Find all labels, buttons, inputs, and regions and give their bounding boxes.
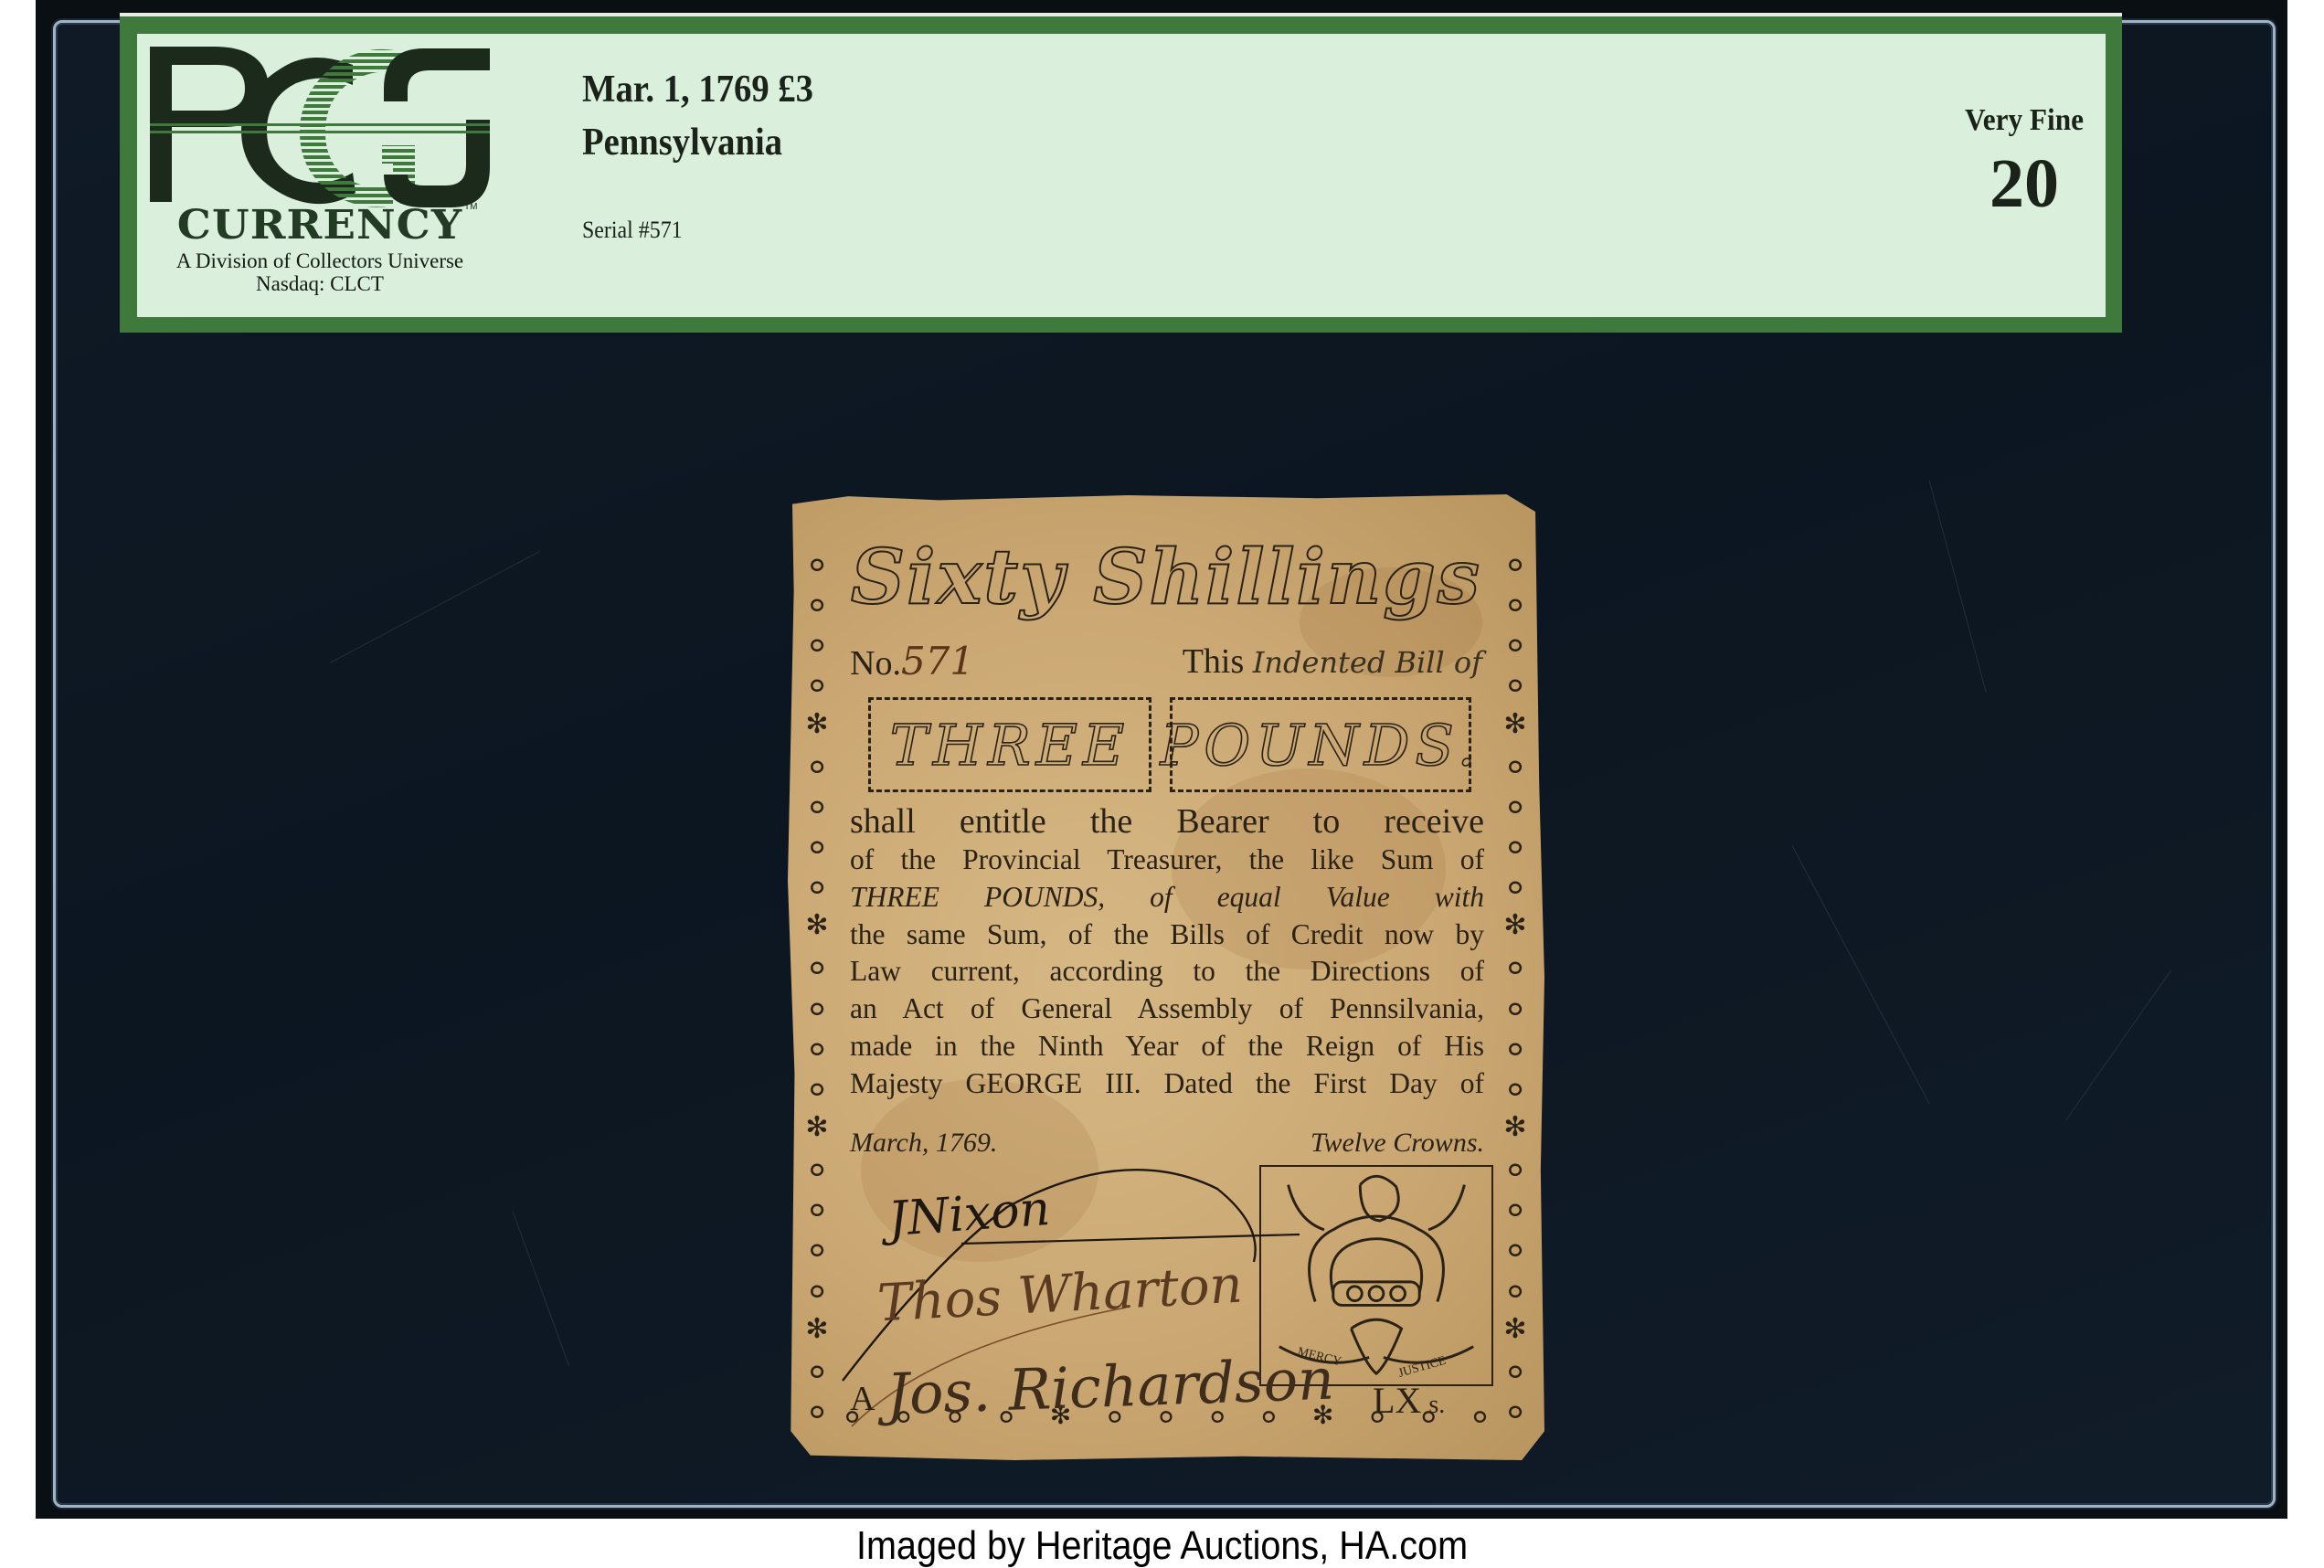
scroll-ornament-icon: ๐ — [809, 1234, 825, 1262]
scroll-ornament-icon: ๐ — [1507, 549, 1523, 577]
denomination-suffix: s. — [1428, 1391, 1445, 1419]
scroll-ornament-icon: ✻ — [805, 711, 828, 738]
scroll-ornament-icon: ✻ — [805, 912, 828, 939]
scroll-ornament-icon: ๐ — [809, 952, 825, 980]
body-line: an Act of General Assembly of Pennsilvan… — [850, 991, 1484, 1028]
serial-number: Serial #571 — [582, 218, 683, 242]
scroll-ornament-icon: ๐ — [1507, 589, 1523, 617]
scroll-ornament-icon: ๐ — [1507, 1234, 1523, 1262]
scroll-ornament-icon: ๐ — [809, 1194, 825, 1222]
scroll-ornament-icon: ๐ — [809, 1074, 825, 1101]
scroll-ornament-icon: ๐ — [1507, 751, 1523, 779]
scroll-ornament-icon: ๐ — [809, 1154, 825, 1181]
scroll-ornament-icon: ✻ — [805, 1114, 828, 1141]
scroll-ornament-icon: ๐ — [1507, 670, 1523, 697]
brand-division-text: A Division of Collectors Universe — [137, 250, 503, 271]
number-label: No. — [850, 644, 901, 683]
scroll-ornament-icon: ๐ — [809, 832, 825, 859]
right-ornament-border: ๐๐๐๐✻๐๐๐๐✻๐๐๐๐✻๐๐๐๐✻๐๐ — [1499, 549, 1532, 1424]
pcgs-logo-icon: TM — [150, 47, 490, 211]
body-line: shall entitle the Bearer to receive — [850, 801, 1484, 842]
handwritten-serial: 571 — [901, 639, 974, 683]
scroll-ornament-icon: ๐ — [809, 872, 825, 899]
brand-currency-text: CURRENCY — [140, 206, 500, 246]
scroll-ornament-icon: ๐ — [809, 1033, 825, 1061]
date-line: March, 1769. Twelve Crowns. — [850, 1128, 1484, 1159]
note-body-text: shall entitle the Bearer to receive of t… — [850, 801, 1484, 1103]
body-line: Majesty GEORGE III. Dated the First Day … — [850, 1065, 1484, 1103]
scroll-ornament-icon: ๐ — [1507, 791, 1523, 819]
scroll-ornament-icon: ๐ — [809, 1396, 825, 1424]
value-in-crowns: Twelve Crowns. — [1311, 1128, 1484, 1159]
denomination: LXs. — [1373, 1379, 1445, 1422]
scroll-ornament-icon: ✻ — [1503, 1316, 1526, 1343]
grade-designation: Very Fine — [1869, 105, 2180, 136]
scroll-ornament-icon: ✻ — [805, 1316, 828, 1343]
value-box-pounds: POUNDS. — [1170, 697, 1471, 792]
scroll-ornament-icon: ✻ — [1503, 711, 1526, 738]
signature-nixon: JNixon — [886, 1185, 1051, 1244]
scroll-ornament-icon: ✻ — [1503, 912, 1526, 939]
plate-letter: A — [850, 1379, 875, 1419]
scroll-ornament-icon: ๐ — [1507, 630, 1523, 657]
note-number: No.571 — [850, 642, 974, 681]
grading-label: TM CURRENCY A Division of Collectors Uni… — [120, 13, 2122, 333]
scroll-ornament-icon: ๐ — [809, 751, 825, 779]
left-ornament-border: ๐๐๐๐✻๐๐๐๐✻๐๐๐๐✻๐๐๐๐✻๐๐ — [801, 549, 833, 1424]
scroll-ornament-icon: ✻ — [1503, 1114, 1526, 1141]
grade-number: 20 — [1855, 149, 2193, 218]
image-credit: Imaged by Heritage Auctions, HA.com — [116, 1526, 2208, 1566]
note-heading: Sixty Shillings — [843, 540, 1490, 615]
scroll-ornament-icon: ๐ — [1507, 872, 1523, 899]
note-state: Pennsylvania — [582, 123, 782, 162]
body-line: the same Sum, of the Bills of Credit now… — [850, 916, 1484, 954]
scroll-ornament-icon: ๐ — [809, 630, 825, 657]
scroll-ornament-icon: ๐ — [809, 993, 825, 1021]
scroll-ornament-icon: ๐ — [1507, 832, 1523, 859]
denomination-value: LX — [1373, 1380, 1421, 1421]
signature-wharton: Thos Wharton — [876, 1260, 1244, 1330]
note-title: Mar. 1, 1769 £3 — [582, 70, 813, 109]
scroll-ornament-icon: ๐ — [1507, 1356, 1523, 1383]
scroll-ornament-icon: ๐ — [1507, 1074, 1523, 1101]
body-line: THREE POUNDS, of equal Value with — [850, 879, 1484, 916]
scroll-ornament-icon: ๐ — [809, 1356, 825, 1383]
label-panel: TM CURRENCY A Division of Collectors Uni… — [137, 34, 2106, 317]
bill-intro: This Indented Bill of — [1183, 644, 1482, 679]
scroll-ornament-icon: ๐ — [809, 549, 825, 577]
scroll-ornament-icon: ๐ — [1507, 1194, 1523, 1222]
brand-exchange-text: Nasdaq: CLCT — [137, 273, 503, 294]
scroll-ornament-icon: ๐ — [1507, 1396, 1523, 1424]
value-box-three: THREE — [868, 697, 1151, 792]
scroll-ornament-icon: ๐ — [809, 791, 825, 819]
issue-date: March, 1769. — [850, 1128, 997, 1159]
body-line: Law current, according to the Directions… — [850, 953, 1484, 991]
scroll-ornament-icon: ๐ — [1507, 1154, 1523, 1181]
bill-script: Indented Bill of — [1253, 645, 1482, 680]
scroll-ornament-icon: ๐ — [809, 1276, 825, 1303]
bill-prefix: This — [1183, 642, 1245, 681]
scroll-ornament-icon: ๐ — [809, 589, 825, 617]
body-line: of the Provincial Treasurer, the like Su… — [850, 842, 1484, 879]
banknote: ๐๐๐๐✻๐๐๐๐✻๐๐๐๐✻๐๐๐๐✻๐๐ ๐๐๐๐✻๐๐๐๐✻๐๐๐๐✻๐๐… — [788, 494, 1544, 1460]
scroll-ornament-icon: ๐ — [1507, 1033, 1523, 1061]
scroll-ornament-icon: ๐ — [1507, 1276, 1523, 1303]
scroll-ornament-icon: ๐ — [1472, 1394, 1488, 1435]
body-line: made in the Ninth Year of the Reign of H… — [850, 1028, 1484, 1065]
signature-richardson: Jos. Richardson — [886, 1351, 1335, 1423]
scroll-ornament-icon: ๐ — [1507, 952, 1523, 980]
svg-text:JUSTICE: JUSTICE — [1396, 1353, 1448, 1380]
scroll-ornament-icon: ๐ — [809, 670, 825, 697]
scroll-ornament-icon: ๐ — [1507, 993, 1523, 1021]
